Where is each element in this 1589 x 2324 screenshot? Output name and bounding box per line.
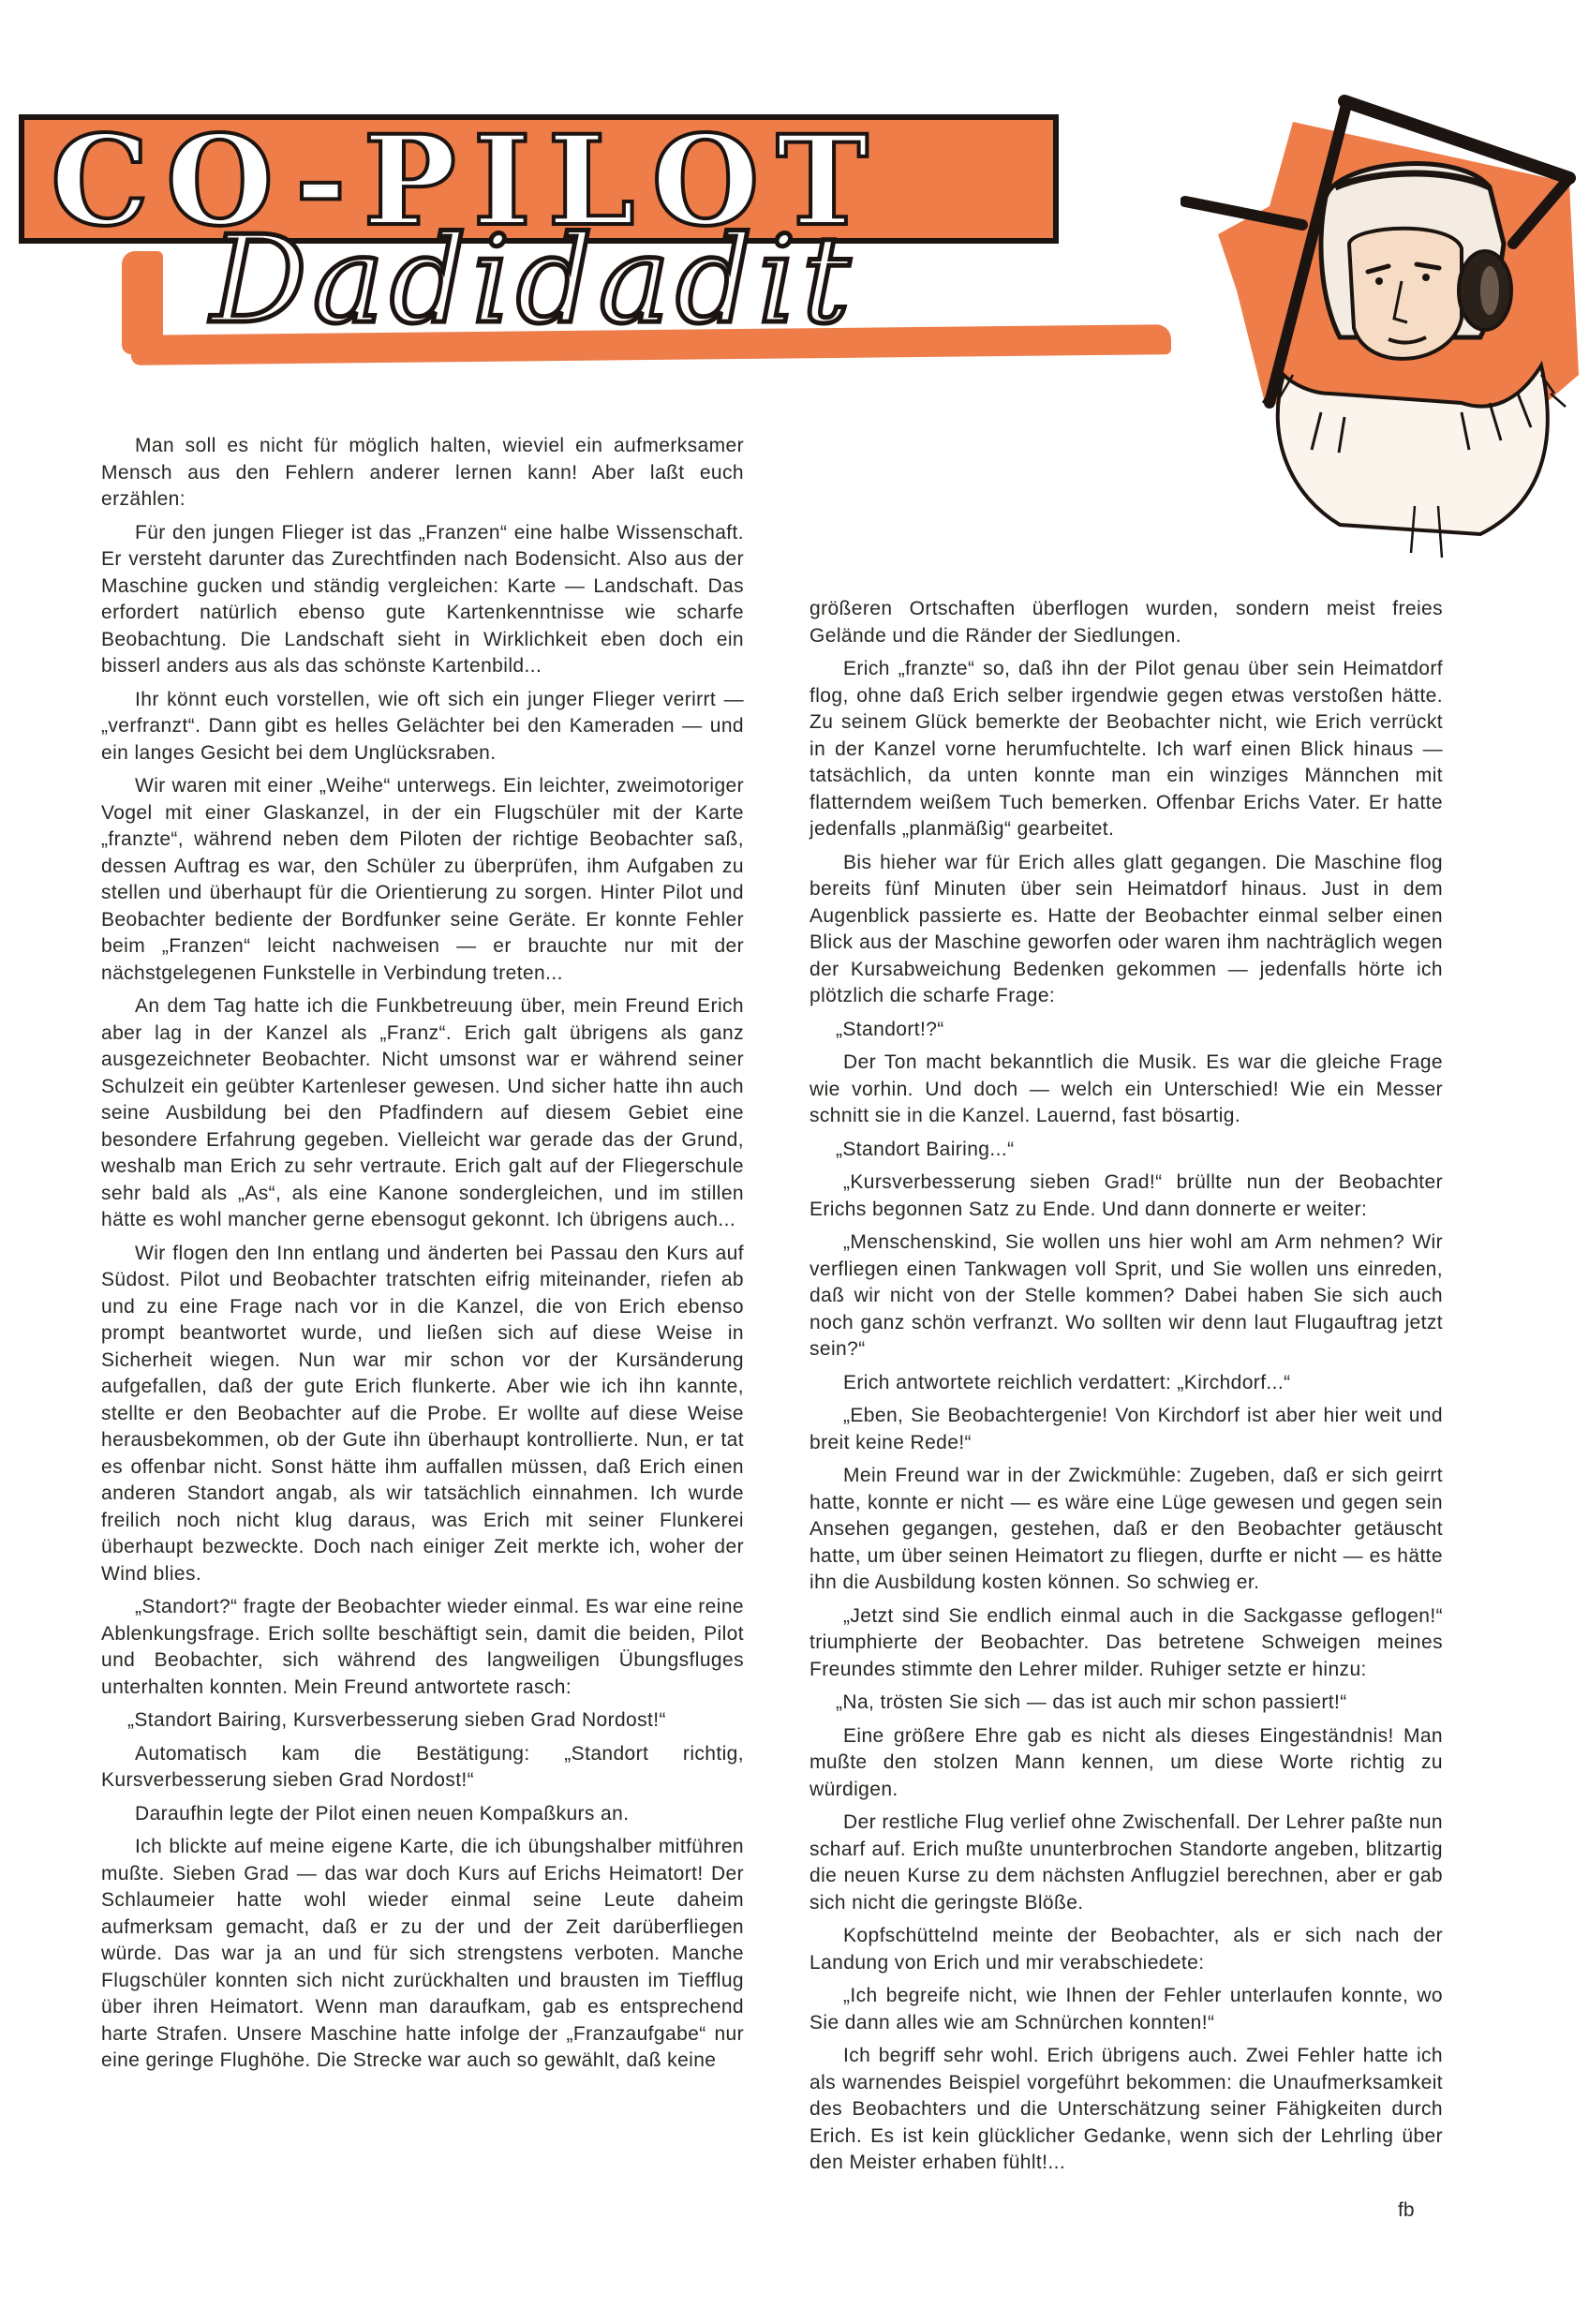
quote-paragraph: „Standort Bairing...“ <box>809 1137 1443 1164</box>
paragraph: Daraufhin legte der Pilot einen neuen Ko… <box>101 1801 744 1828</box>
paragraph: Bis hieher war für Erich alles glatt geg… <box>809 850 1443 1010</box>
paragraph: Man soll es nicht für möglich halten, wi… <box>101 433 744 514</box>
quote-paragraph: „Standort!?“ <box>809 1017 1443 1044</box>
paragraph: Ihr könnt euch vorstellen, wie oft sich … <box>101 687 744 767</box>
paragraph: Wir waren mit einer „Weihe“ unterwegs. E… <box>101 773 744 987</box>
quote-paragraph: „Standort Bairing, Kursverbesserung sieb… <box>101 1707 744 1735</box>
paragraph: Der Ton macht bekanntlich die Musik. Es … <box>809 1050 1443 1130</box>
paragraph: Erich antwortete reichlich verdattert: „… <box>809 1370 1443 1397</box>
paragraph: Eine größere Ehre gab es nicht als diese… <box>809 1723 1443 1804</box>
paragraph: Kopfschüttelnd meinte der Beobachter, al… <box>809 1923 1443 1976</box>
paragraph: Der restliche Flug verlief ohne Zwischen… <box>809 1810 1443 1916</box>
paragraph: Mein Freund war in der Zwickmühle: Zugeb… <box>809 1463 1443 1597</box>
author-signature: fb <box>1398 2199 1415 2222</box>
magazine-page: CO-PILOT Dadidadit Man s <box>0 0 1589 2324</box>
paragraph: Wir flogen den Inn entlang und änderten … <box>101 1241 744 1588</box>
paragraph: „Standort?“ fragte der Beobachter wieder… <box>101 1594 744 1701</box>
paragraph: Ich begriff sehr wohl. Erich übrigens au… <box>809 2043 1443 2177</box>
article-column-right: größeren Ortschaften überflogen wurden, … <box>809 596 1443 2183</box>
quote-paragraph: „Na, trösten Sie sich — das ist auch mir… <box>809 1690 1443 1717</box>
paragraph: Erich „franzte“ so, daß ihn der Pilot ge… <box>809 656 1443 843</box>
paragraph: „Ich begreife nicht, wie Ihnen der Fehle… <box>809 1983 1443 2036</box>
paragraph-continuation: größeren Ortschaften überflogen wurden, … <box>809 596 1443 649</box>
paragraph: An dem Tag hatte ich die Funkbetreuung ü… <box>101 993 744 1234</box>
paragraph: Ich blickte auf meine eigene Karte, die … <box>101 1834 744 2075</box>
pilot-portrait-icon <box>1181 94 1589 562</box>
paragraph: „Kursverbesserung sieben Grad!“ brüllte … <box>809 1169 1443 1223</box>
article-column-left: Man soll es nicht für möglich halten, wi… <box>101 433 744 2081</box>
paragraph: „Eben, Sie Beobachtergenie! Von Kirchdor… <box>809 1403 1443 1456</box>
paragraph: „Jetzt sind Sie endlich einmal auch in d… <box>809 1603 1443 1684</box>
paragraph: Für den jungen Flieger ist das „Franzen“… <box>101 520 744 680</box>
paragraph: Automatisch kam die Bestätigung: „Stando… <box>101 1741 744 1795</box>
page-subtitle: Dadidadit <box>211 216 855 347</box>
paragraph: „Menschenskind, Sie wollen uns hier wohl… <box>809 1229 1443 1363</box>
